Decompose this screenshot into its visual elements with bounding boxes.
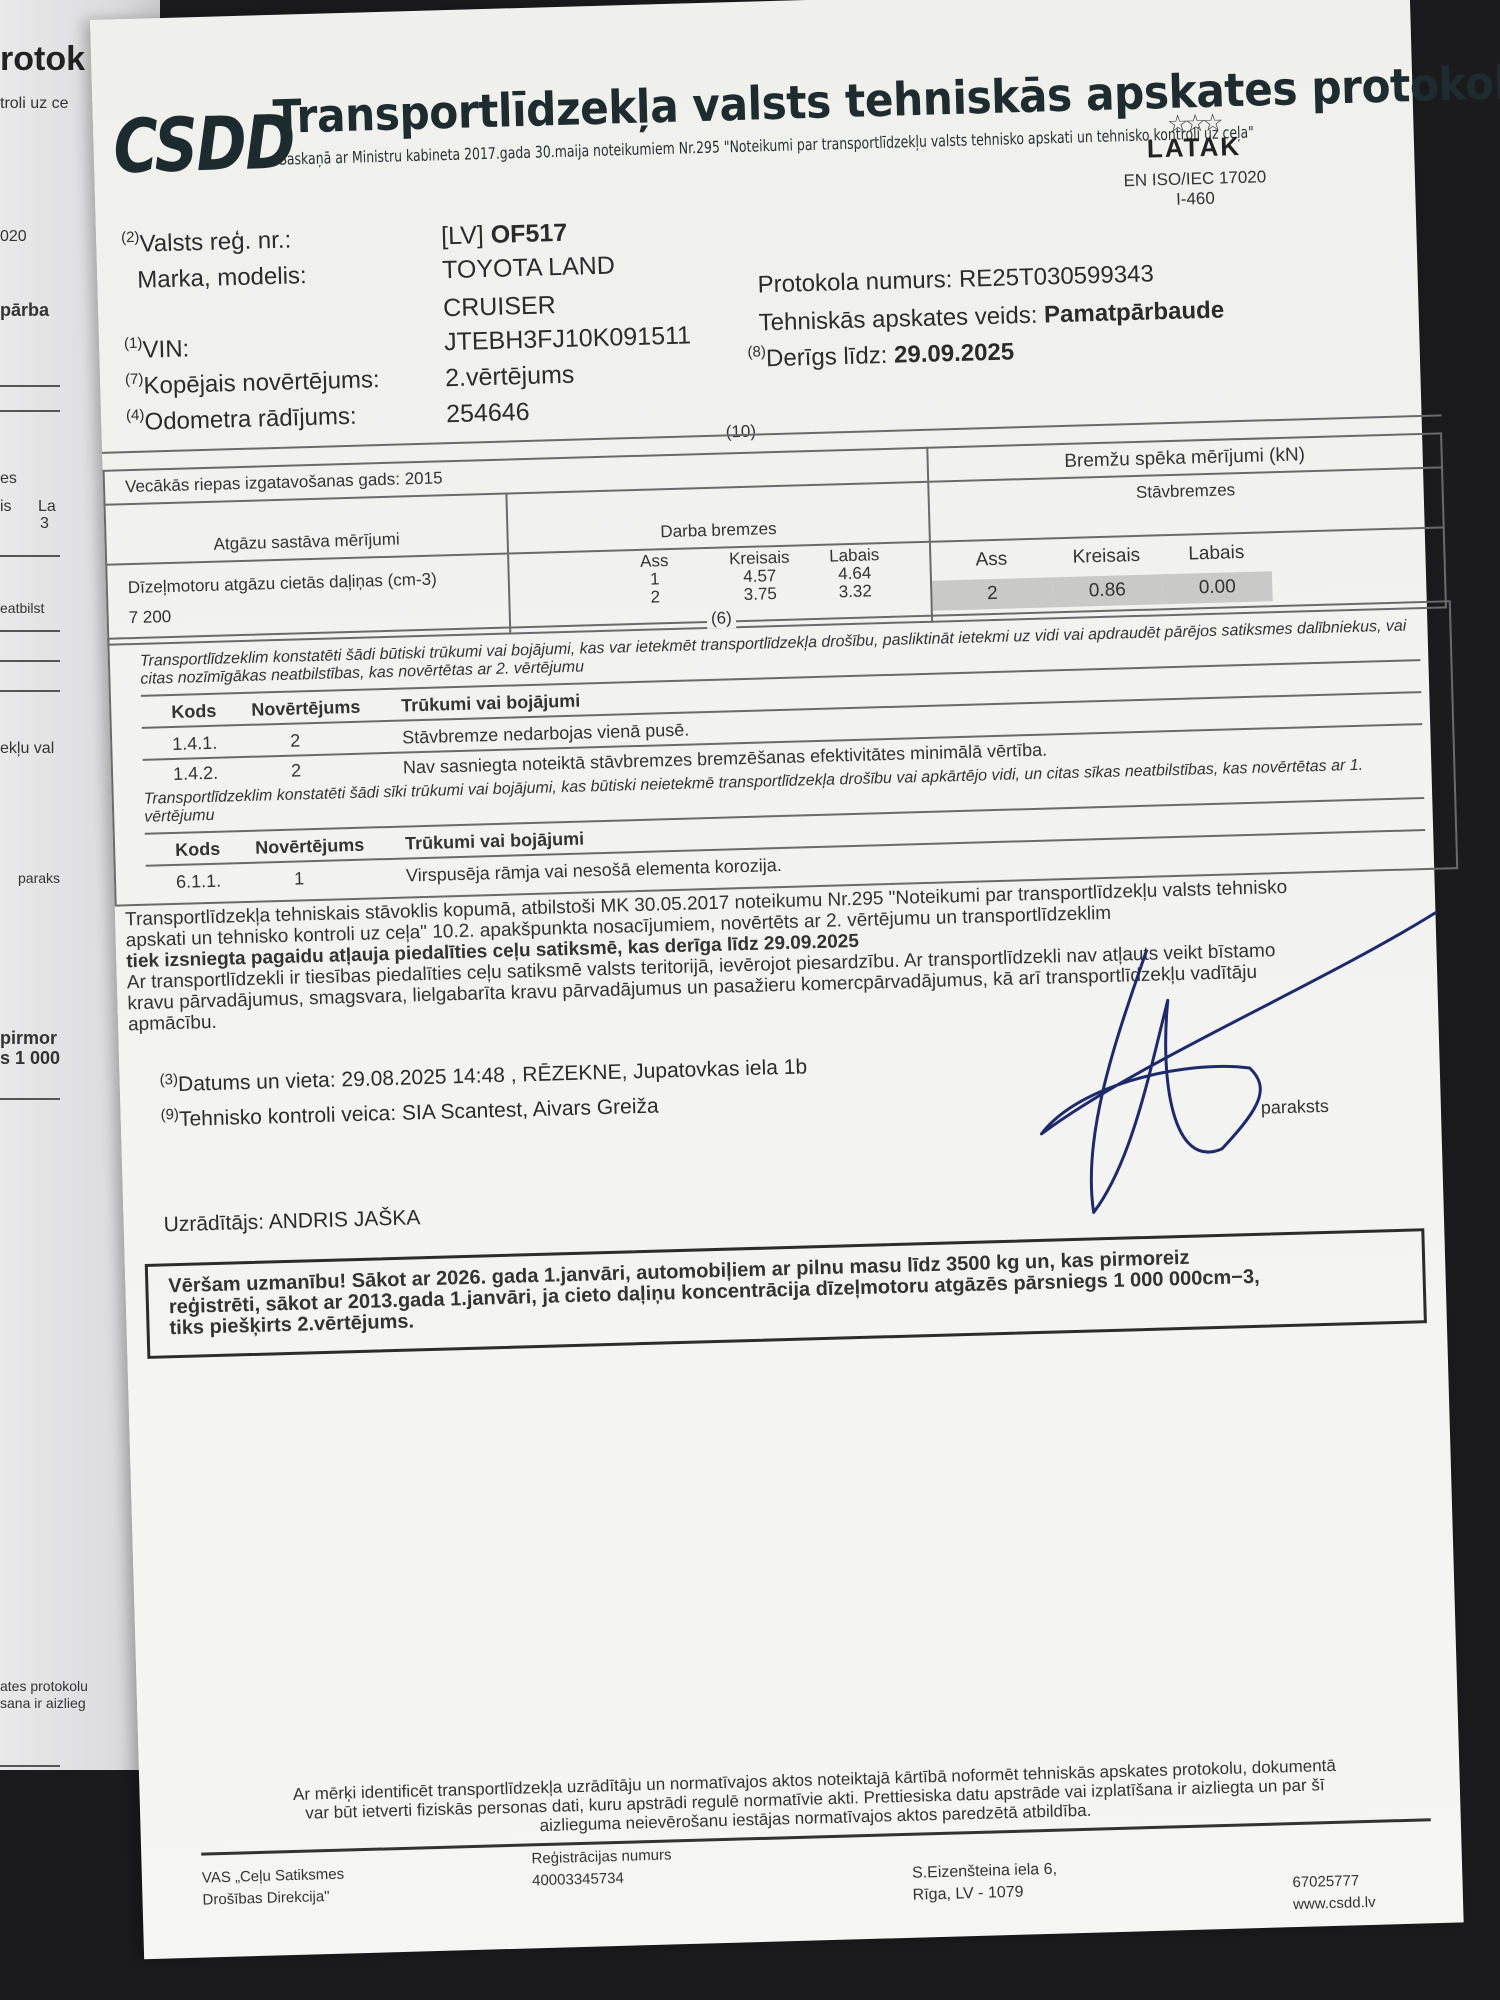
back-sheet-fragment: is <box>0 498 12 516</box>
minor-header-description: Trūkumi vai bojājumi <box>405 829 585 855</box>
defect-code: 1.4.2. <box>173 763 219 785</box>
footer-contact: 67025777 www.csdd.lv <box>1292 1870 1376 1916</box>
document-title: Transportlīdzekļa valsts tehniskās apska… <box>272 55 1500 144</box>
vin-label: (1)VIN: <box>124 335 190 365</box>
presenter: Uzrādītājs: ANDRIS JAŠKA <box>163 1206 420 1237</box>
back-sheet-fragment: eatbilst <box>0 600 44 616</box>
inspection-protocol-sheet: CSDD Transportlīdzekļa valsts tehniskās … <box>90 0 1464 1959</box>
back-sheet-fragment: rotok <box>0 40 85 79</box>
exhaust-title: Atgāzu sastāva mērījumi <box>105 494 509 565</box>
major-header-rating: Novērtējums <box>251 697 361 721</box>
major-header-description: Trūkumi vai bojājumi <box>401 691 581 717</box>
back-sheet-fragment: La <box>38 498 56 516</box>
footer-registration: Reģistrācijas numurs 40003345734 <box>531 1844 672 1892</box>
back-sheet-fragment: ekļu val <box>0 740 54 758</box>
back-sheet-fragment: sana ir aizlieg <box>0 1695 86 1711</box>
vin-value: JTEBH3FJ10K091511 <box>444 321 692 357</box>
defect-rating: 2 <box>290 730 301 751</box>
section-ref-10: (10) <box>721 421 760 442</box>
parking-brakes-table: Ass Kreisais Labais 2 0.86 0.00 <box>931 528 1445 610</box>
make-model-value-line1: TOYOTA LAND <box>442 251 615 285</box>
back-sheet-fragment: 020 <box>0 228 27 246</box>
minor-header-rating: Novērtējums <box>255 835 365 859</box>
latak-logo: LATAK <box>1094 129 1295 166</box>
back-sheet-fragment: s 1 000 <box>0 1048 60 1069</box>
notice-box: Vēršam uzmanību! Sākot ar 2026. gada 1.j… <box>145 1228 1427 1359</box>
inspection-type: Tehniskās apskates veids: Pamatpārbaude <box>758 296 1224 337</box>
footer-address: S.Eizenšteina iela 6, Rīga, LV - 1079 <box>912 1859 1058 1907</box>
make-model-value-line2: CRUISER <box>443 291 556 323</box>
minor-header-code: Kods <box>175 839 221 861</box>
overall-rating-value: 2.vērtējums <box>445 361 575 394</box>
defect-description: Virspusēja rāmja vai nesošā elementa kor… <box>406 855 782 886</box>
back-sheet-fragment: 3 <box>40 515 49 533</box>
defects-section: Transportlīdzeklim konstatēti šādi būtis… <box>107 600 1458 906</box>
back-sheet-fragment: ates protokolu <box>0 1678 88 1694</box>
reg-no-label: (2)Valsts reģ. nr.: <box>121 226 292 259</box>
defect-rating: 1 <box>294 868 305 889</box>
conclusion-line: apmācību. <box>128 1012 217 1035</box>
make-model-label: Marka, modelis: <box>137 262 307 295</box>
back-sheet-fragment: pārba <box>0 300 49 321</box>
inspector: (9)Tehnisko kontroli veica: SIA Scantest… <box>160 1095 659 1133</box>
footer-phone: 67025777 <box>1292 1870 1375 1894</box>
protocol-number: Protokola numurs: RE25T030599343 <box>757 260 1154 299</box>
date-place: (3)Datums un vieta: 29.08.2025 14:48 , R… <box>159 1055 807 1097</box>
odometer-label: (4)Odometra rādījums: <box>126 403 357 437</box>
back-sheet-fragment: troli uz ce <box>0 95 68 113</box>
footer-organization: VAS „Ceļu Satiksmes Drošības Direkcija" <box>202 1864 345 1912</box>
service-brakes-table: Ass Kreisais Labais 1 4.57 4.64 2 3.75 3… <box>599 546 900 608</box>
section-ref-6: (6) <box>707 608 736 629</box>
back-sheet-fragment: paraks <box>18 870 60 886</box>
major-header-code: Kods <box>171 701 217 723</box>
footer-website-link[interactable]: www.csdd.lv <box>1293 1892 1376 1916</box>
accreditation-block: ☆☆☆ LATAK EN ISO/IEC 17020 I-460 <box>1093 106 1296 212</box>
defect-code: 1.4.1. <box>172 733 218 755</box>
privacy-notice: Ar mērķi identificēt transportlīdzekļa u… <box>199 1753 1430 1844</box>
signature-icon <box>1015 902 1484 1235</box>
back-sheet-fragment: es <box>0 470 17 488</box>
odometer-value: 254646 <box>446 398 530 429</box>
defect-rating: 2 <box>291 760 302 781</box>
defect-code: 6.1.1. <box>176 871 222 893</box>
reg-no-value: [LV] OF517 <box>441 219 568 252</box>
overall-rating-label: (7)Kopējais novērtējums: <box>125 366 380 401</box>
csdd-logo: CSDD <box>112 99 295 190</box>
back-sheet-fragment: pirmor <box>0 1028 57 1049</box>
valid-until: (8)Derīgs līdz: 29.09.2025 <box>747 338 1014 373</box>
